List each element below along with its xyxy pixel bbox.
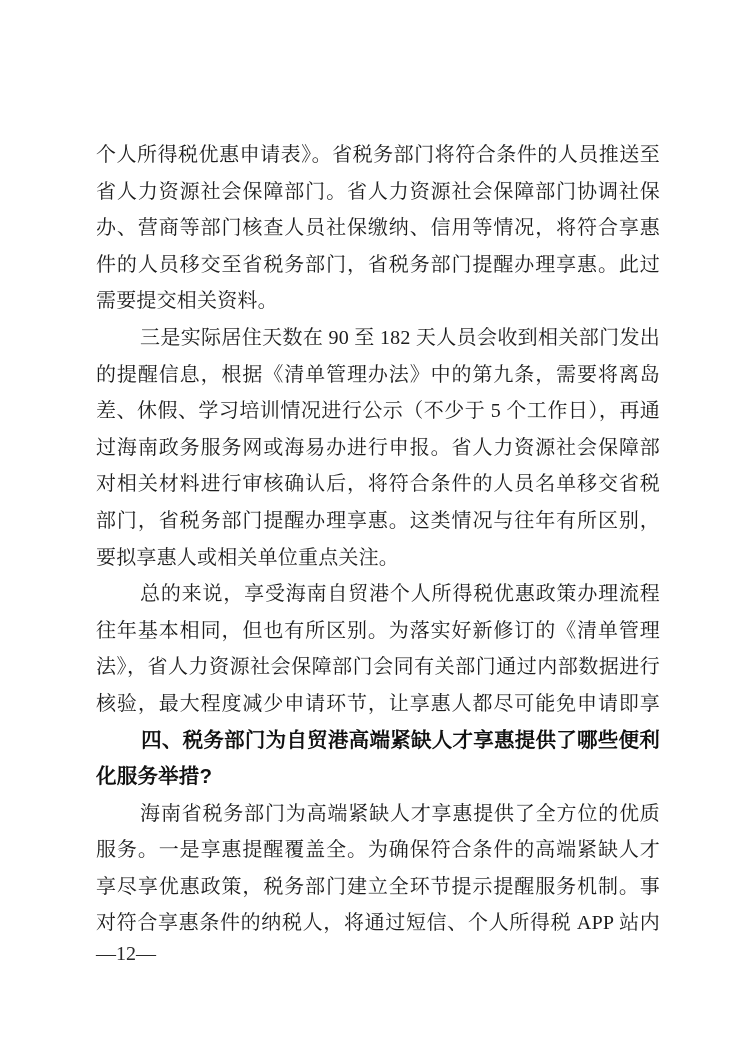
text-line: 需要提交相关资料。 xyxy=(96,283,660,320)
text-line: 办、营商等部门核查人员社保缴纳、信用等情况，将符合享惠条 xyxy=(96,210,660,247)
document-page: 个人所得税优惠申请表》。省税务部门将符合条件的人员推送至省人力资源社会保障部门。… xyxy=(0,0,750,1060)
text-line: 往年基本相同，但也有所区别。为落实好新修订的《清单管理办 xyxy=(96,613,660,650)
text-line: 化服务举措? xyxy=(96,759,660,796)
text-line: 服务。一是享惠提醒覆盖全。为确保符合条件的高端紧缺人才应 xyxy=(96,832,660,869)
text-line: 对相关材料进行审核确认后，将符合条件的人员名单移交省税务 xyxy=(96,466,660,503)
paragraph: 三是实际居住天数在 90 至 182 天人员会收到相关部门发出的提醒信息，根据《… xyxy=(96,320,660,576)
text-line: 对符合享惠条件的纳税人，将通过短信、个人所得税 APP 站内信 xyxy=(96,905,660,942)
text-line: 四、税务部门为自贸港高端紧缺人才享惠提供了哪些便利 xyxy=(96,723,660,760)
text-line: 享尽享优惠政策，税务部门建立全环节提示提醒服务机制。事前， xyxy=(96,869,660,906)
section-heading: 四、税务部门为自贸港高端紧缺人才享惠提供了哪些便利化服务举措? xyxy=(96,723,660,796)
text-line: 核验，最大程度减少申请环节，让享惠人都尽可能免申请即享惠。 xyxy=(96,686,660,723)
text-line: 的提醒信息，根据《清单管理办法》中的第九条，需要将离岛出 xyxy=(96,357,660,394)
text-line: 过海南政务服务网或海易办进行申报。省人力资源社会保障部门 xyxy=(96,430,660,467)
text-line: 部门，省税务部门提醒办理享惠。这类情况与往年有所区别，需 xyxy=(96,503,660,540)
text-line: 三是实际居住天数在 90 至 182 天人员会收到相关部门发出 xyxy=(96,320,660,357)
page-body: 个人所得税优惠申请表》。省税务部门将符合条件的人员推送至省人力资源社会保障部门。… xyxy=(96,137,660,942)
page-number: —12— xyxy=(96,936,156,973)
text-line: 要拟享惠人或相关单位重点关注。 xyxy=(96,540,660,577)
text-line: 总的来说，享受海南自贸港个人所得税优惠政策办理流程与 xyxy=(96,576,660,613)
text-line: 件的人员移交至省税务部门，省税务部门提醒办理享惠。此过程 xyxy=(96,247,660,284)
paragraph: 个人所得税优惠申请表》。省税务部门将符合条件的人员推送至省人力资源社会保障部门。… xyxy=(96,137,660,320)
text-line: 海南省税务部门为高端紧缺人才享惠提供了全方位的优质 xyxy=(96,796,660,833)
paragraph: 总的来说，享受海南自贸港个人所得税优惠政策办理流程与往年基本相同，但也有所区别。… xyxy=(96,576,660,722)
text-line: 个人所得税优惠申请表》。省税务部门将符合条件的人员推送至 xyxy=(96,137,660,174)
text-line: 差、休假、学习培训情况进行公示（不少于 5 个工作日），再通 xyxy=(96,393,660,430)
text-line: 省人力资源社会保障部门。省人力资源社会保障部门协调社保经 xyxy=(96,174,660,211)
paragraph: 海南省税务部门为高端紧缺人才享惠提供了全方位的优质服务。一是享惠提醒覆盖全。为确… xyxy=(96,796,660,942)
text-line: 法》，省人力资源社会保障部门会同有关部门通过内部数据进行 xyxy=(96,649,660,686)
